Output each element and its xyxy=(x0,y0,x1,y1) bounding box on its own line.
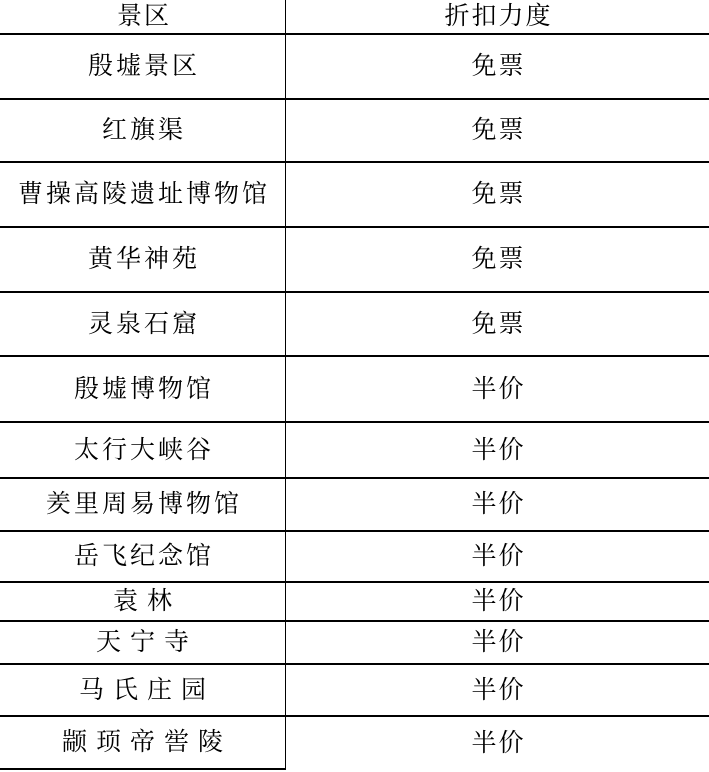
discount-cell: 半价 xyxy=(286,622,709,663)
discount-cell: 免票 xyxy=(286,35,709,98)
table-row: 殷墟景区 免票 xyxy=(0,35,709,100)
discount-cell: 免票 xyxy=(286,100,709,161)
scenic-area-cell: 马氏庄园 xyxy=(0,665,286,715)
header-scenic-area: 景区 xyxy=(0,0,286,33)
discount-cell: 半价 xyxy=(286,665,709,715)
discount-table: 景区 折扣力度 殷墟景区 免票 红旗渠 免票 曹操高陵遗址博物馆 免票 黄华神苑… xyxy=(0,0,709,770)
scenic-area-cell: 岳飞纪念馆 xyxy=(0,532,286,581)
table-row: 黄华神苑 免票 xyxy=(0,228,709,293)
scenic-area-cell: 曹操高陵遗址博物馆 xyxy=(0,163,286,226)
header-discount: 折扣力度 xyxy=(286,0,709,33)
discount-cell: 半价 xyxy=(286,423,709,477)
table-header-row: 景区 折扣力度 xyxy=(0,0,709,35)
discount-cell: 免票 xyxy=(286,228,709,291)
table-row: 袁林 半价 xyxy=(0,583,709,622)
discount-cell: 半价 xyxy=(286,583,709,620)
scenic-area-cell: 殷墟博物馆 xyxy=(0,357,286,421)
discount-cell: 半价 xyxy=(286,357,709,421)
table-row: 天宁寺 半价 xyxy=(0,622,709,665)
table-row: 颛顼帝喾陵 半价 xyxy=(0,717,709,770)
scenic-area-cell: 天宁寺 xyxy=(0,622,286,663)
table-row: 岳飞纪念馆 半价 xyxy=(0,532,709,583)
discount-cell: 免票 xyxy=(286,293,709,355)
table-row: 羑里周易博物馆 半价 xyxy=(0,479,709,532)
scenic-area-cell: 太行大峡谷 xyxy=(0,423,286,477)
document-page: 景区 折扣力度 殷墟景区 免票 红旗渠 免票 曹操高陵遗址博物馆 免票 黄华神苑… xyxy=(0,0,709,772)
table-row: 殷墟博物馆 半价 xyxy=(0,357,709,423)
discount-cell: 半价 xyxy=(286,717,709,770)
scenic-area-cell: 灵泉石窟 xyxy=(0,293,286,355)
table-row: 红旗渠 免票 xyxy=(0,100,709,163)
discount-cell: 半价 xyxy=(286,479,709,530)
scenic-area-cell: 颛顼帝喾陵 xyxy=(0,717,286,770)
scenic-area-cell: 黄华神苑 xyxy=(0,228,286,291)
discount-cell: 免票 xyxy=(286,163,709,226)
scenic-area-cell: 红旗渠 xyxy=(0,100,286,161)
scenic-area-cell: 殷墟景区 xyxy=(0,35,286,98)
discount-cell: 半价 xyxy=(286,532,709,581)
scenic-area-cell: 羑里周易博物馆 xyxy=(0,479,286,530)
table-row: 太行大峡谷 半价 xyxy=(0,423,709,479)
table-row: 曹操高陵遗址博物馆 免票 xyxy=(0,163,709,228)
table-row: 马氏庄园 半价 xyxy=(0,665,709,717)
scenic-area-cell: 袁林 xyxy=(0,583,286,620)
table-row: 灵泉石窟 免票 xyxy=(0,293,709,357)
